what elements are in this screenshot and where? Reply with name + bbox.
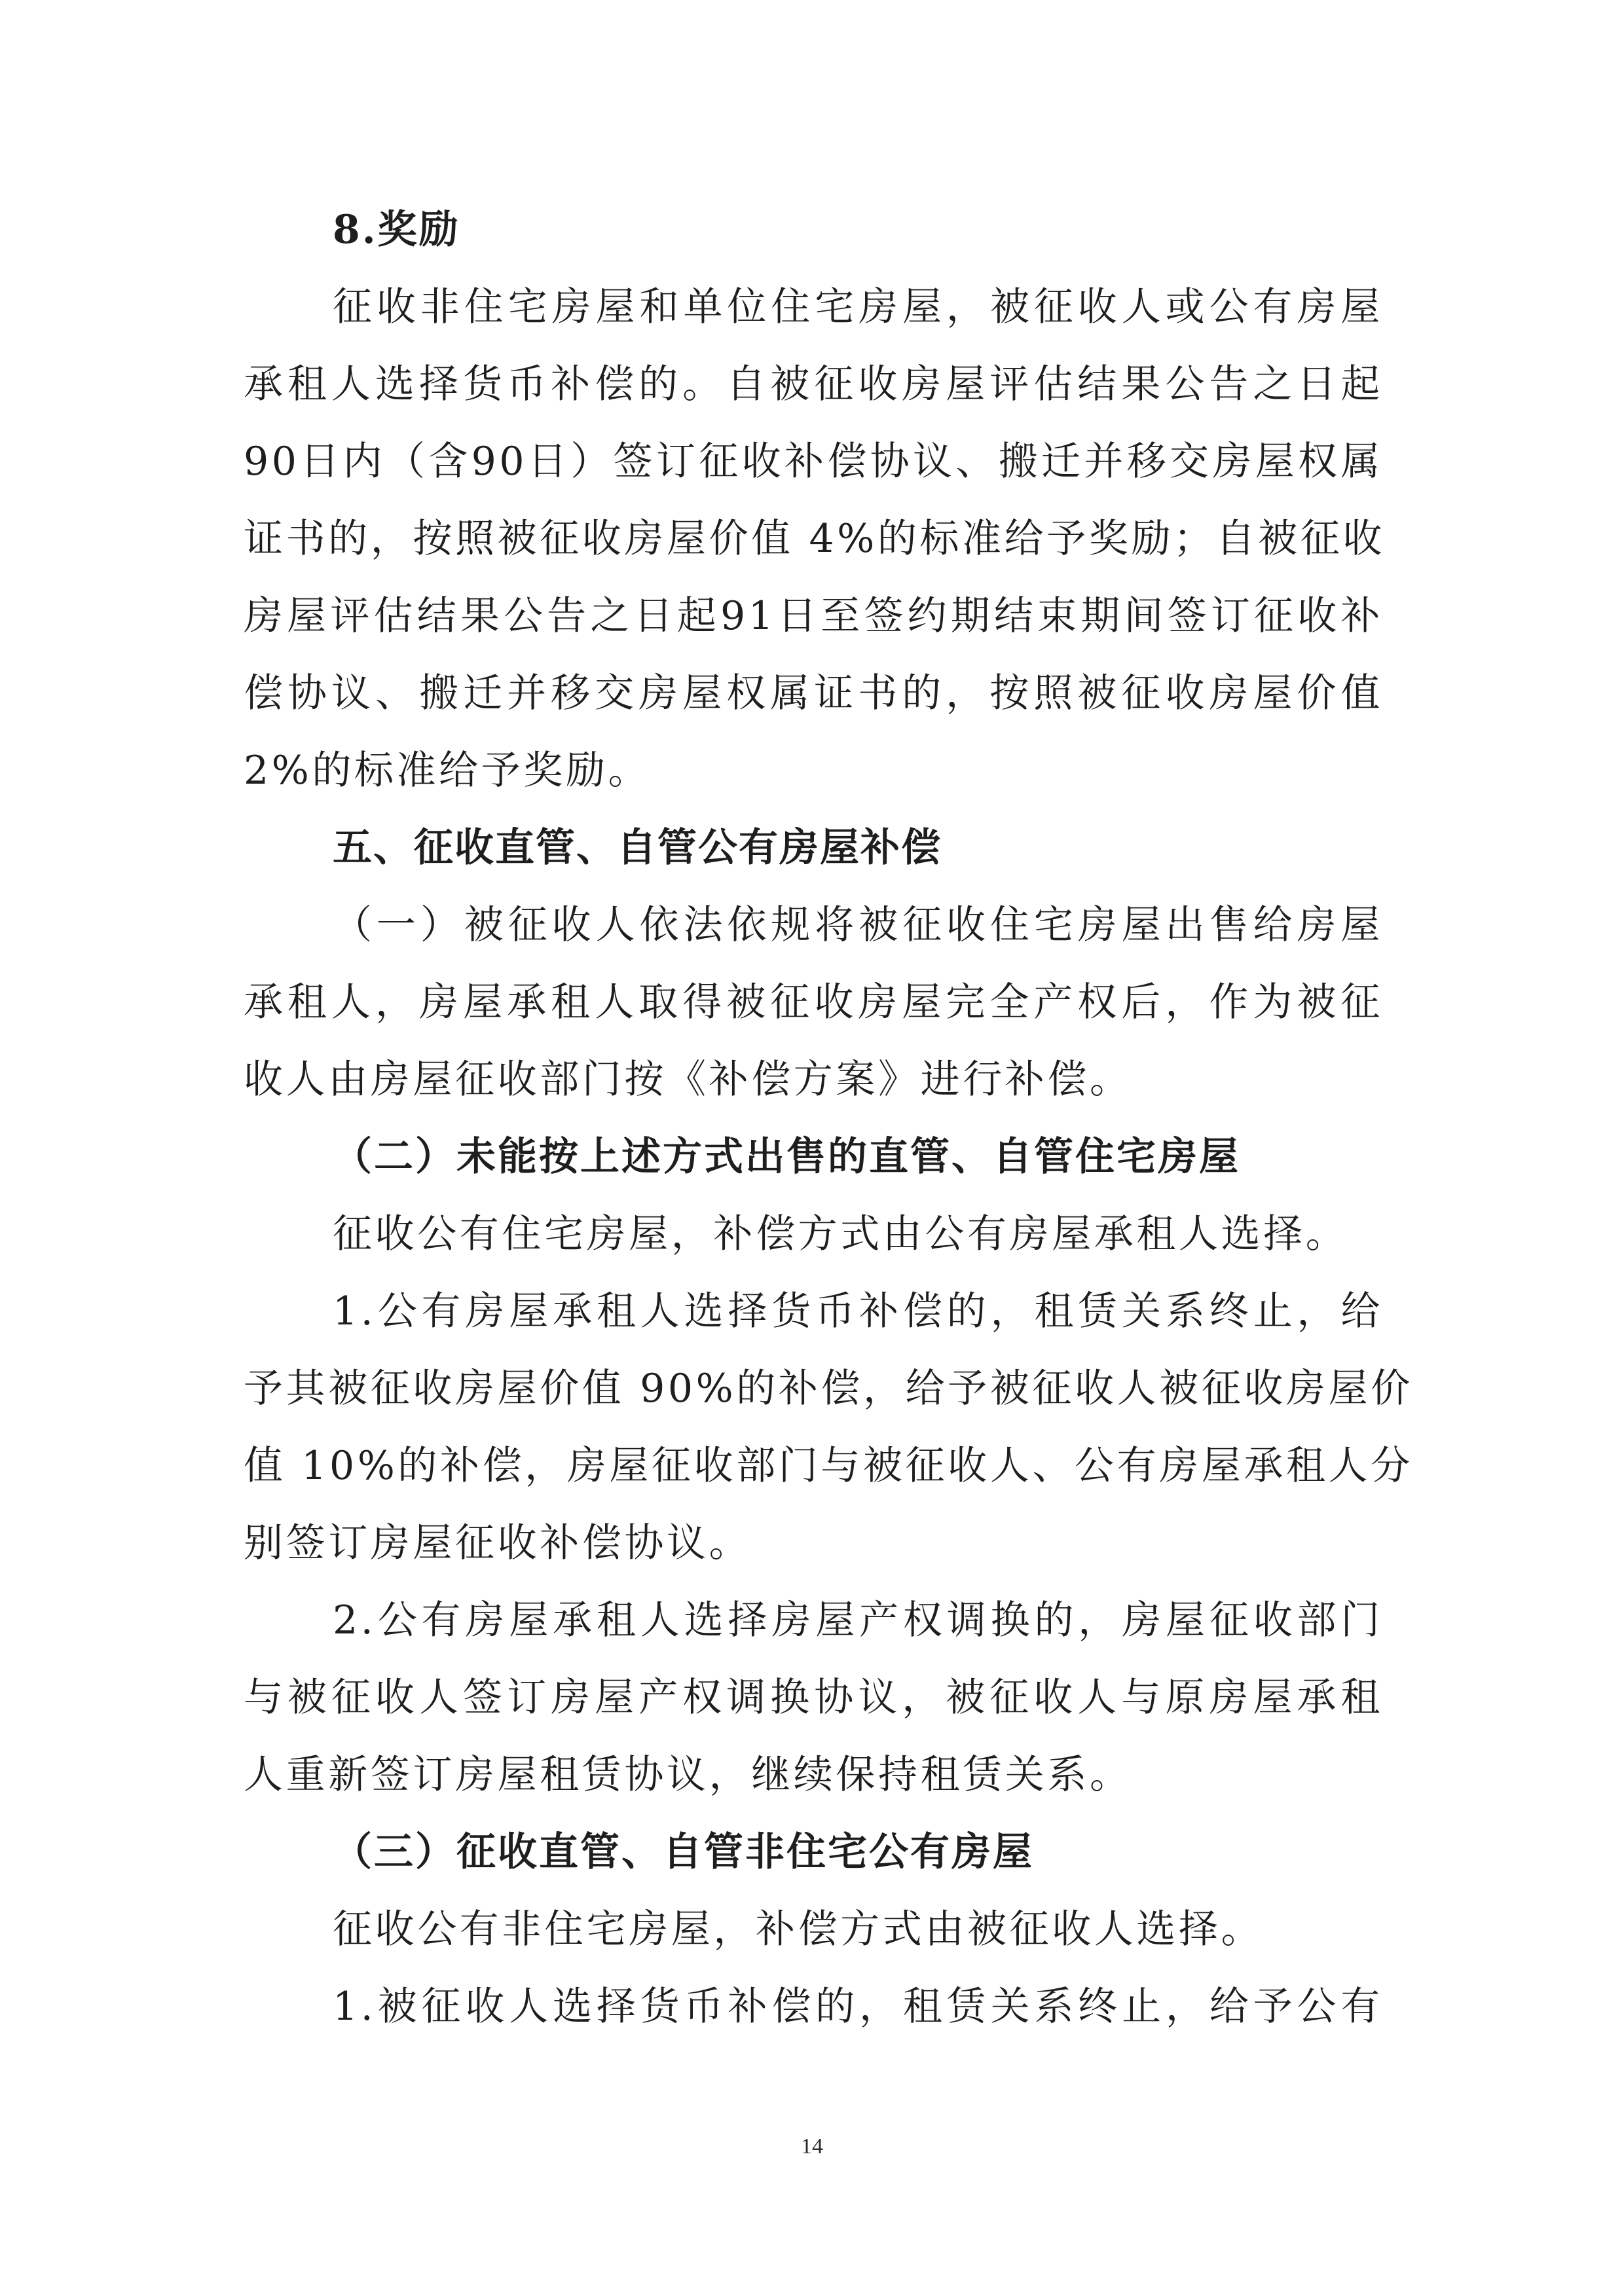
text-line: 承租人，房屋承租人取得被征收房屋完全产权后，作为被征 — [244, 964, 1383, 1041]
paragraph-item-1: 1.公有房屋承租人选择货币补偿的，租赁关系终止，给 予其被征收房屋价值 90%的… — [244, 1273, 1383, 1582]
text-line: 1.被征收人选择货币补偿的，租赁关系终止，给予公有 — [244, 1968, 1383, 2045]
text-line: 人重新签订房屋租赁协议，继续保持租赁关系。 — [244, 1736, 1383, 1813]
paragraph-reward: 征收非住宅房屋和单位住宅房屋，被征收人或公有房屋 承租人选择货币补偿的。自被征收… — [244, 268, 1383, 809]
text-line: 2%的标准给予奖励。 — [244, 732, 1383, 809]
document-page: 8.奖励 征收非住宅房屋和单位住宅房屋，被征收人或公有房屋 承租人选择货币补偿的… — [244, 191, 1383, 2045]
paragraph-sub-one: （一）被征收人依法依规将被征收住宅房屋出售给房屋 承租人，房屋承租人取得被征收房… — [244, 886, 1383, 1118]
paragraph-item-2: 2.公有房屋承租人选择房屋产权调换的，房屋征收部门 与被征收人签订房屋产权调换协… — [244, 1582, 1383, 1813]
text-line: 90日内（含90日）签订征收补偿协议、搬迁并移交房屋权属 — [244, 423, 1383, 500]
text-line: 1.公有房屋承租人选择货币补偿的，租赁关系终止，给 — [244, 1273, 1383, 1350]
page-number: 14 — [0, 2134, 1624, 2159]
section-heading-public-housing: 五、征收直管、自管公有房屋补偿 — [244, 809, 1383, 886]
text-line: 征收公有住宅房屋，补偿方式由公有房屋承租人选择。 — [244, 1195, 1383, 1273]
subsection-title-two: （二）未能按上述方式出售的直管、自管住宅房屋 — [244, 1118, 1383, 1195]
section-title-reward: 8.奖励 — [244, 191, 1383, 268]
text-line: 予其被征收房屋价值 90%的补偿，给予被征收人被征收房屋价 — [244, 1350, 1383, 1427]
text-line: 与被征收人签订房屋产权调换协议，被征收人与原房屋承租 — [244, 1659, 1383, 1736]
subsection-title-three: （三）征收直管、自管非住宅公有房屋 — [244, 1813, 1383, 1891]
text-line: 征收非住宅房屋和单位住宅房屋，被征收人或公有房屋 — [244, 268, 1383, 346]
text-line: 征收公有非住宅房屋，补偿方式由被征收人选择。 — [244, 1891, 1383, 1968]
text-line: 收人由房屋征收部门按《补偿方案》进行补偿。 — [244, 1041, 1383, 1118]
text-line: 证书的，按照被征收房屋价值 4%的标准给予奖励；自被征收 — [244, 500, 1383, 577]
text-line: 偿协议、搬迁并移交房屋权属证书的，按照被征收房屋价值 — [244, 655, 1383, 732]
text-line: 房屋评估结果公告之日起91日至签约期结束期间签订征收补 — [244, 577, 1383, 655]
text-line: （一）被征收人依法依规将被征收住宅房屋出售给房屋 — [244, 886, 1383, 964]
text-line: 2.公有房屋承租人选择房屋产权调换的，房屋征收部门 — [244, 1582, 1383, 1659]
text-line: 承租人选择货币补偿的。自被征收房屋评估结果公告之日起 — [244, 346, 1383, 423]
text-line: 值 10%的补偿，房屋征收部门与被征收人、公有房屋承租人分 — [244, 1427, 1383, 1504]
text-line: 别签订房屋征收补偿协议。 — [244, 1504, 1383, 1582]
